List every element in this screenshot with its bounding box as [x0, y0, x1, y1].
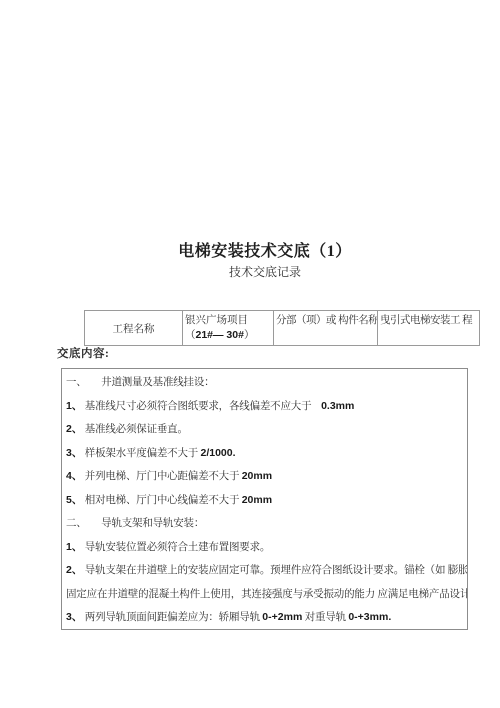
content-text: 基准线必须保证垂直。	[82, 424, 187, 435]
project-name-value: 银兴广场项目 （21#— 30#）	[183, 311, 274, 346]
project-name-label: 工程名称	[85, 311, 183, 346]
content-text: 基准线尺寸必须符合图纸要求，各线偏差不应大于	[82, 401, 321, 412]
part-name-label: 分部（项）或 构件名称	[274, 311, 378, 346]
content-line: 固定应在井道壁的混凝土构件上使用，其连接强度与承受振动的能力 应满足电梯产品设计…	[66, 583, 467, 607]
content-line: 1、 基准线尺寸必须符合图纸要求，各线偏差不应大于 0.3mm	[66, 395, 467, 419]
project-number-open-paren: （	[185, 330, 196, 341]
content-bold-value: 20mm	[242, 494, 272, 506]
content-bold-value: 2/1000.	[201, 447, 236, 459]
content-bold-value: 20mm	[242, 470, 272, 482]
part-name-value: 曳引式电梯安装工 程	[378, 311, 480, 346]
content-text: 二、 导轨支架和导轨安装：	[66, 518, 204, 529]
content-bold-value: 1、	[66, 541, 82, 553]
content-text: 导轨支架在井道壁上的安装应固定可靠。预埋件应符合图纸设计要求。锚栓（如 膨胀螺栓…	[82, 565, 467, 576]
document-subtitle: 技术交底记录	[30, 263, 500, 280]
document-page: 电梯安装技术交底（1） 技术交底记录 工程名称 银兴广场项目 （21#— 30#…	[0, 0, 500, 708]
content-line: 5、 相对电梯、厅门中心线偏差不大于 20mm	[66, 489, 467, 513]
content-bold-value: 0-+3mm.	[348, 611, 391, 623]
content-line: 二、 导轨支架和导轨安装：	[66, 512, 467, 536]
project-info-table: 工程名称 银兴广场项目 （21#— 30#） 分部（项）或 构件名称 曳引式电梯…	[84, 310, 480, 346]
document-title: 电梯安装技术交底（1）	[30, 238, 500, 261]
content-line: 一、 井道测量及基准线挂设：	[66, 371, 467, 395]
content-bold-value: 1、	[66, 400, 82, 412]
content-line: 3、 两列导轨顶面间距偏差应为：轿厢导轨 0-+2mm 对重导轨 0-+3mm.	[66, 606, 467, 630]
content-line: 2、 基准线必须保证垂直。	[66, 418, 467, 442]
content-bold-value: 3、	[66, 447, 82, 459]
content-box: 一、 井道测量及基准线挂设：1、 基准线尺寸必须符合图纸要求，各线偏差不应大于 …	[61, 368, 468, 630]
content-text: 固定应在井道壁的混凝土构件上使用，其连接强度与承受振动的能力 应满足电梯产品设计…	[66, 589, 467, 600]
content-bold-value: 0-+2mm	[262, 611, 302, 623]
content-bold-value: 3、	[66, 611, 82, 623]
content-text: 并列电梯、厅门中心距偏差不大于	[82, 471, 241, 482]
content-text: 一、 井道测量及基准线挂设：	[66, 377, 214, 388]
project-name-line1: 银兴广场项目	[185, 314, 271, 328]
content-line: 4、 并列电梯、厅门中心距偏差不大于 20mm	[66, 465, 467, 489]
content-bold-value: 5、	[66, 494, 82, 506]
content-bold-value: 2、	[66, 423, 82, 435]
content-line: 3、 样板架水平度偏差不大于 2/1000.	[66, 442, 467, 466]
content-line: 2、 导轨支架在井道壁上的安装应固定可靠。预埋件应符合图纸设计要求。锚栓（如 膨…	[66, 559, 467, 583]
content-bold-value: 0.3mm	[321, 400, 354, 412]
content-text: 导轨安装位置必须符合土建布置图要求。	[82, 542, 270, 553]
project-name-line2: （21#— 30#）	[185, 328, 271, 343]
content-text: 相对电梯、厅门中心线偏差不大于	[82, 495, 241, 506]
table-row: 工程名称 银兴广场项目 （21#— 30#） 分部（项）或 构件名称 曳引式电梯…	[85, 311, 480, 346]
content-text: 样板架水平度偏差不大于	[82, 448, 200, 459]
content-bold-value: 4、	[66, 470, 82, 482]
content-text: 两列导轨顶面间距偏差应为：轿厢导轨	[82, 612, 262, 623]
project-number-close-paren: ）	[244, 330, 255, 341]
content-line: 1、 导轨安装位置必须符合土建布置图要求。	[66, 536, 467, 560]
content-label: 交底内容:	[57, 345, 109, 361]
content-text: 对重导轨	[302, 612, 348, 623]
content-bold-value: 2、	[66, 564, 82, 576]
project-number: 21#— 30#	[196, 329, 244, 341]
